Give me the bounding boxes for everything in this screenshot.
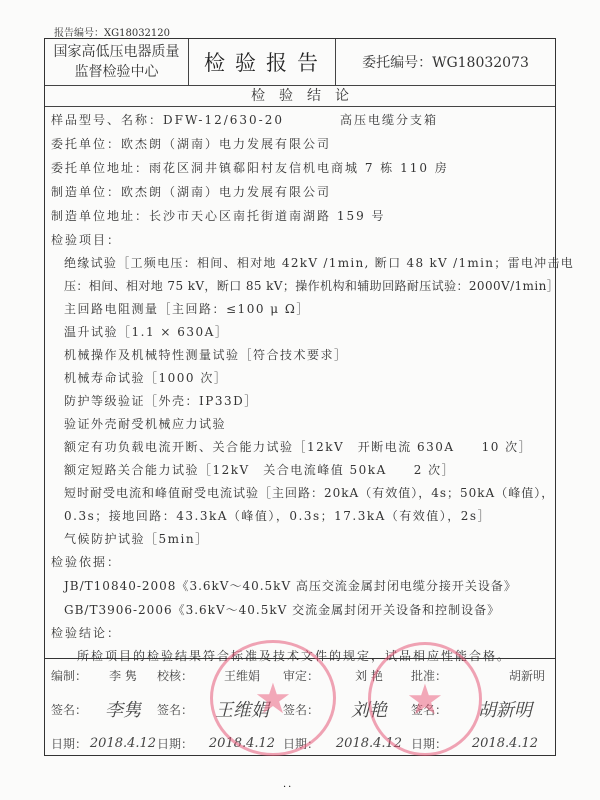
basis-label: 检验依据： <box>51 553 121 570</box>
compiler-date: 2018.4.12 <box>89 726 157 760</box>
report-header: 国家高低压电器质量 监督检验中心 检验报告 委托编号：WG18032073 <box>45 39 555 86</box>
signature-label: 签名： <box>45 693 89 727</box>
test-item: 机械操作及机械特性测量试验［符合技术要求］ <box>64 346 348 363</box>
checker-label: 校核： <box>157 659 201 693</box>
field-client: 委托单位：欧杰朗（湖南）电力发展有限公司 <box>51 135 331 152</box>
date-label: 日期： <box>157 726 201 760</box>
test-item: 主回路电阻测量［主回路：≤100 μ Ω］ <box>64 300 310 317</box>
date-label: 日期： <box>45 726 89 760</box>
field-sample: 样品型号、名称：DFW-12/630-20 高压电缆分支箱 <box>51 111 438 128</box>
seal-star-icon: ★ <box>254 674 292 723</box>
compiler-signature: 李隽 <box>89 693 157 727</box>
field-manufacturer: 制造单位：欧杰朗（湖南）电力发展有限公司 <box>51 183 331 200</box>
test-item: 温升试验［1.1 × 630A］ <box>64 323 228 340</box>
test-item: 机械寿命试验［1000 次］ <box>64 369 227 386</box>
standard-reference: GB/T3906-2006《3.6kV～40.5kV 交流金属封闭开关设备和控制… <box>64 601 500 618</box>
test-item: 压：相间、相对地 75 kV，断口 85 kV；操作机构和辅助回路耐压试验：20… <box>64 277 559 294</box>
field-manufacturer-address: 制造单位地址：长沙市天心区南托街道南湖路 159 号 <box>51 207 386 224</box>
org-line-1: 国家高低压电器质量 <box>54 42 180 62</box>
org-line-2: 监督检验中心 <box>75 62 159 82</box>
report-title: 检验报告 <box>189 39 336 85</box>
standard-reference: JB/T10840-2008《3.6kV～40.5kV 高压交流金属封闭电缆分接… <box>64 577 517 594</box>
footer-mark: ·· <box>283 782 293 793</box>
inspection-seal-left: ★ <box>210 640 336 756</box>
signature-label: 签名： <box>157 693 201 727</box>
test-item: 验证外壳耐受机械应力试验 <box>64 415 226 432</box>
seal-star-icon: ★ <box>406 675 444 724</box>
issuing-organization: 国家高低压电器质量 监督检验中心 <box>45 39 189 85</box>
test-item: 绝缘试验［工频电压：相间、相对地 42kV /1min, 断口 48 kV /1… <box>64 254 574 271</box>
test-item: 短时耐受电流和峰值耐受电流试验［主回路：20kA（有效值），4s；50kA（峰值… <box>64 484 554 501</box>
test-item: 防护等级验证［外壳：IP33D］ <box>64 392 258 409</box>
items-label: 检验项目： <box>51 231 121 248</box>
report-number: 报告编号：XG18032120 <box>54 24 170 39</box>
conclusion-title: 检验结论 <box>45 86 555 107</box>
test-item: 气候防护试验［5min］ <box>64 530 209 547</box>
test-item: 0.3s；接地回路：43.3kA（峰值），0.3s；17.3kA（有效值），2s… <box>64 507 491 524</box>
inspection-seal-right: ★ <box>368 642 482 756</box>
compiler-name: 李 隽 <box>89 659 157 693</box>
test-item: 额定有功负载电流开断、关合能力试验［12kV 开断电流 630A 10 次］ <box>64 438 532 455</box>
compiler-label: 编制： <box>45 659 89 693</box>
commission-number: 委托编号：WG18032073 <box>336 39 555 85</box>
report-body: 样品型号、名称：DFW-12/630-20 高压电缆分支箱 委托单位：欧杰朗（湖… <box>45 107 555 659</box>
field-client-address: 委托单位地址：雨花区洞井镇郗阳村友信机电商城 7 栋 110 房 <box>51 159 449 176</box>
test-item: 额定短路关合能力试验［12kV 关合电流峰值 50kA 2 次］ <box>64 461 455 478</box>
result-label: 检验结论： <box>51 624 121 641</box>
